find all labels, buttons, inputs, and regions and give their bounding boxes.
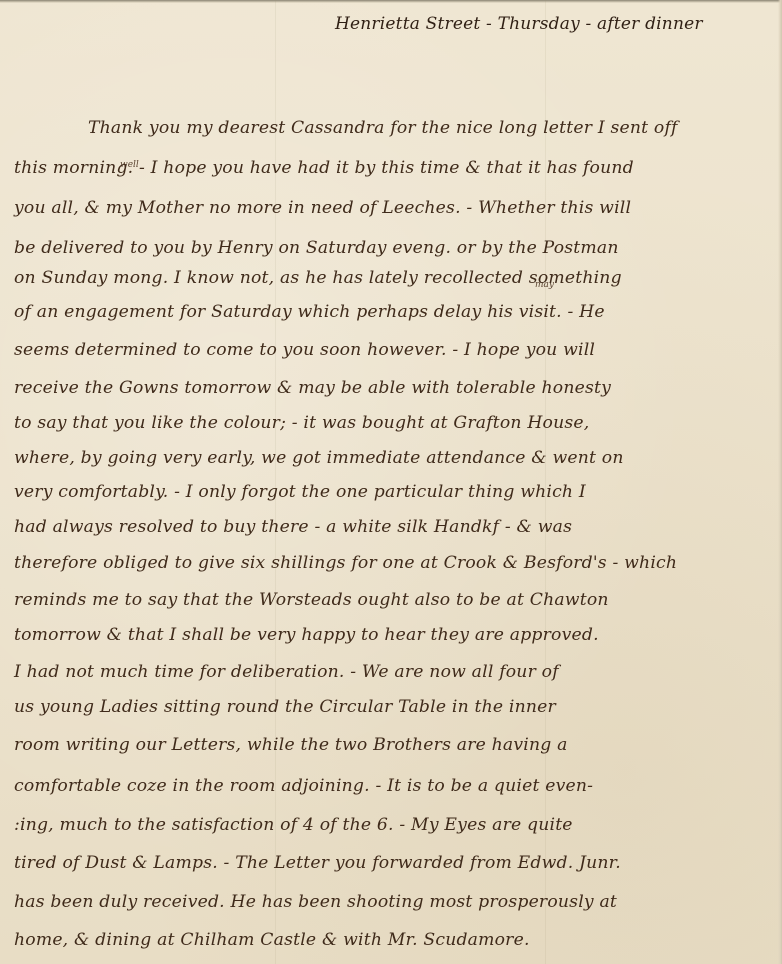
letter-line: seems determined to come to you soon how… [14,340,595,360]
paper-right-edge [778,0,782,964]
letter-line: tomorrow & that I shall be very happy to… [14,625,599,645]
letter-line: home, & dining at Chilham Castle & with … [14,930,530,950]
letter-line: tired of Dust & Lamps. - The Letter you … [14,853,621,873]
letter-line: :ing, much to the satisfaction of 4 of t… [14,815,573,835]
letter-page: Henrietta Street - Thursday - after dinn… [0,0,782,964]
letter-line: Thank you my dearest Cassandra for the n… [88,118,678,138]
letter-line: you all, & my Mother no more in need of … [14,198,631,218]
letter-line: had always resolved to buy there - a whi… [14,517,572,537]
letter-line: to say that you like the colour; - it wa… [14,413,589,433]
letter-line: of an engagement for Saturday which perh… [14,302,605,322]
letter-dateline: Henrietta Street - Thursday - after dinn… [335,14,703,34]
letter-line: I had not much time for deliberation. - … [14,662,559,682]
letter-line: on Sunday mong. I know not, as he has la… [14,268,622,288]
letter-line: us young Ladies sitting round the Circul… [14,697,556,717]
letter-line: this morning. - I hope you have had it b… [14,158,634,178]
letter-line: very comfortably. - I only forgot the on… [14,482,586,502]
letter-line: receive the Gowns tomorrow & may be able… [14,378,611,398]
letter-line: where, by going very early, we got immed… [14,448,624,468]
letter-line: reminds me to say that the Worsteads oug… [14,590,609,610]
letter-line: therefore obliged to give six shillings … [14,553,677,573]
letter-line: comfortable coze in the room adjoining. … [14,776,593,796]
paper-top-edge [0,0,782,3]
letter-line: be delivered to you by Henry on Saturday… [14,238,619,258]
letter-line: room writing our Letters, while the two … [14,735,568,755]
letter-line: has been duly received. He has been shoo… [14,892,617,912]
